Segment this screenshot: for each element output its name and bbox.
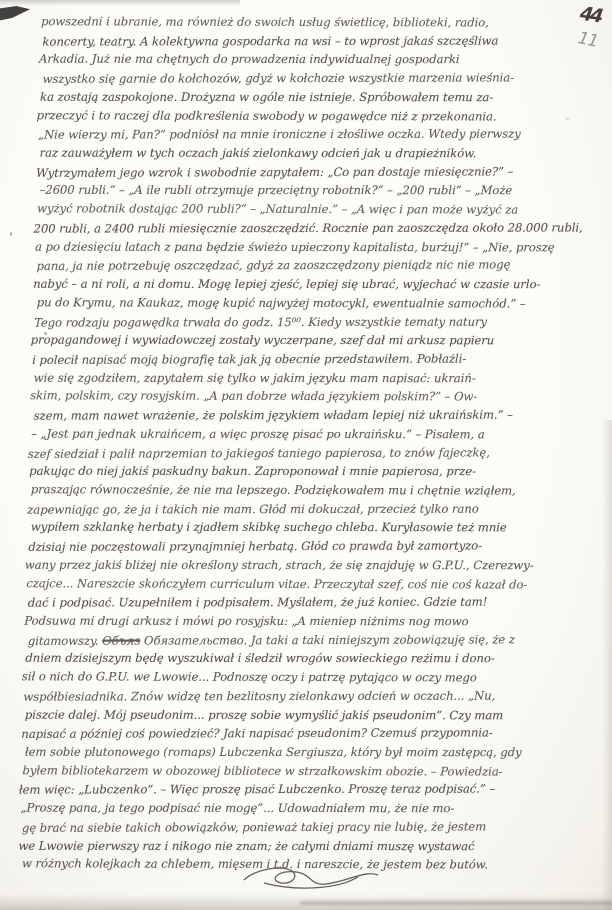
handwritten-line: „Proszę pana, ja tego podpisać nie mogę”…	[20, 799, 598, 819]
handwritten-line: gę brać na siebie takich obowiązków, pon…	[22, 817, 600, 838]
handwritten-line: Podsuwa mi drugi arkusz i mówi po rosyjs…	[24, 612, 602, 632]
handwritten-line: Tego rodzaju pogawędka trwała do godz. 1…	[34, 312, 612, 332]
handwritten-line: raz zauważyłem w tych oczach jakiś zielo…	[39, 144, 612, 164]
handwritten-line: szem, mam nawet wrażenie, że polskim jęz…	[33, 405, 611, 425]
handwritten-line: dać i podpisać. Uzupełniłem i podpisałem…	[28, 593, 606, 613]
handwritten-line: wypiłem szklankę herbaty i zjadłem skibk…	[31, 518, 609, 538]
paper-speck	[10, 232, 12, 236]
handwritten-line: koncerty, teatry. A kolektywna gospodark…	[42, 31, 612, 51]
handwritten-line: propagandowej i wywiadowczej zostały wyc…	[30, 331, 608, 351]
handwritten-line: piszcie dalej. Mój pseudonim... proszę s…	[25, 705, 603, 725]
handwritten-line: sił o nich do G.P.U. we Lwowie... Podnos…	[22, 667, 600, 687]
handwritten-line: gitamowszy. Объяз Обязательство. Ja taki…	[28, 630, 606, 651]
handwritten-line: łem więc: „Lubczenko”. – Więc proszę pis…	[19, 780, 597, 800]
handwritten-line: –2600 rubli.” – „A ile rubli otrzymuje p…	[39, 181, 612, 200]
handwritten-line: i polecił napisać moją biografię tak jak…	[32, 349, 610, 370]
handwritten-line: powszedni i ubranie, ma również do swoic…	[41, 12, 612, 32]
handwritten-line: 200 rubli, a 2400 rubli miesięcznie zaos…	[33, 218, 611, 238]
handwritten-line: pakując do niej jakiś paskudny bakun. Za…	[29, 462, 607, 481]
handwritten-line: „Nie wierzy mi, Pan?” podniósł na mnie i…	[38, 125, 612, 145]
handwritten-line: dzisiaj nie poczęstowali przynajmniej he…	[28, 536, 606, 557]
handwritten-line: łem sobie plutonowego (romaps) Lubczenka…	[25, 743, 603, 762]
struck-word: Объяз	[102, 633, 140, 647]
scan-corner-mark	[0, 6, 30, 22]
handwritten-line: przeczyć i to raczej dla podkreślenia sw…	[36, 106, 612, 126]
handwritten-line: zapewniając go, że ja i takich nie mam. …	[27, 499, 605, 519]
handwritten-line: dniem dzisiejszym będę wyszukiwał i śled…	[25, 649, 603, 668]
handwritten-line: wie się zgodziłem, zapytałem się tylko w…	[33, 368, 611, 387]
handwritten-line: praszając równocześnie, że nie ma lepsze…	[31, 480, 609, 500]
handwritten-line: Wytrzymałem jego wzrok i swobodnie zapyt…	[36, 162, 612, 183]
handwritten-line: czajce... Nareszcie skończyłem curriculu…	[26, 574, 604, 594]
manuscript-text: powszedni i ubranie, ma również do swoic…	[19, 13, 612, 874]
handwritten-line: wany przez jakiś bliżej nie określony st…	[25, 556, 603, 575]
handwritten-line: napisać a później coś powiedzieć? Jaki n…	[21, 723, 599, 744]
handwritten-line: wszystko się garnie do kołchozów, gdyż w…	[42, 68, 612, 89]
handwritten-line: – „Jest pan jednak ukraińcem, a więc pro…	[31, 424, 609, 444]
handwritten-line: pu do Krymu, na Kaukaz, mogę kupić najwy…	[36, 293, 612, 313]
handwritten-line: Arkadia. Już nie ma chętnych do prowadze…	[39, 50, 612, 70]
manuscript-page: 44 11 powszedni i ubranie, ma również do…	[0, 0, 612, 910]
scan-edge-line	[300, 901, 612, 905]
handwritten-line: szef siedział i palił naprzemian to jaki…	[28, 443, 606, 464]
scan-edge-shadow-top	[0, 0, 240, 6]
handwritten-line: a po dziesięciu latach z pana będzie świ…	[35, 237, 612, 257]
handwritten-line: byłem bibliotekarzem w obozowej bibliote…	[22, 761, 600, 781]
handwritten-line: we Lwowie pierwszy raz i nikogo nie znam…	[18, 836, 596, 855]
handwritten-line: współbiesiadnika. Znów widzę ten bezlito…	[23, 686, 601, 706]
handwritten-line: wyżyć robotnik dostając 200 rubli?” – „N…	[37, 199, 612, 219]
handwritten-line: skim, polskim, czy rosyjskim. „A pan dob…	[30, 387, 608, 407]
handwritten-line: nabyć – a ni roli, a ni domu. Mogę lepie…	[33, 275, 611, 294]
handwritten-line: pana, ja nie potrzebuję oszczędzać, gdyż…	[36, 255, 612, 276]
signature-flourish-icon	[236, 860, 386, 894]
handwritten-line: ka zostają zaspokojone. Drożyzna w ogóle…	[40, 88, 612, 107]
